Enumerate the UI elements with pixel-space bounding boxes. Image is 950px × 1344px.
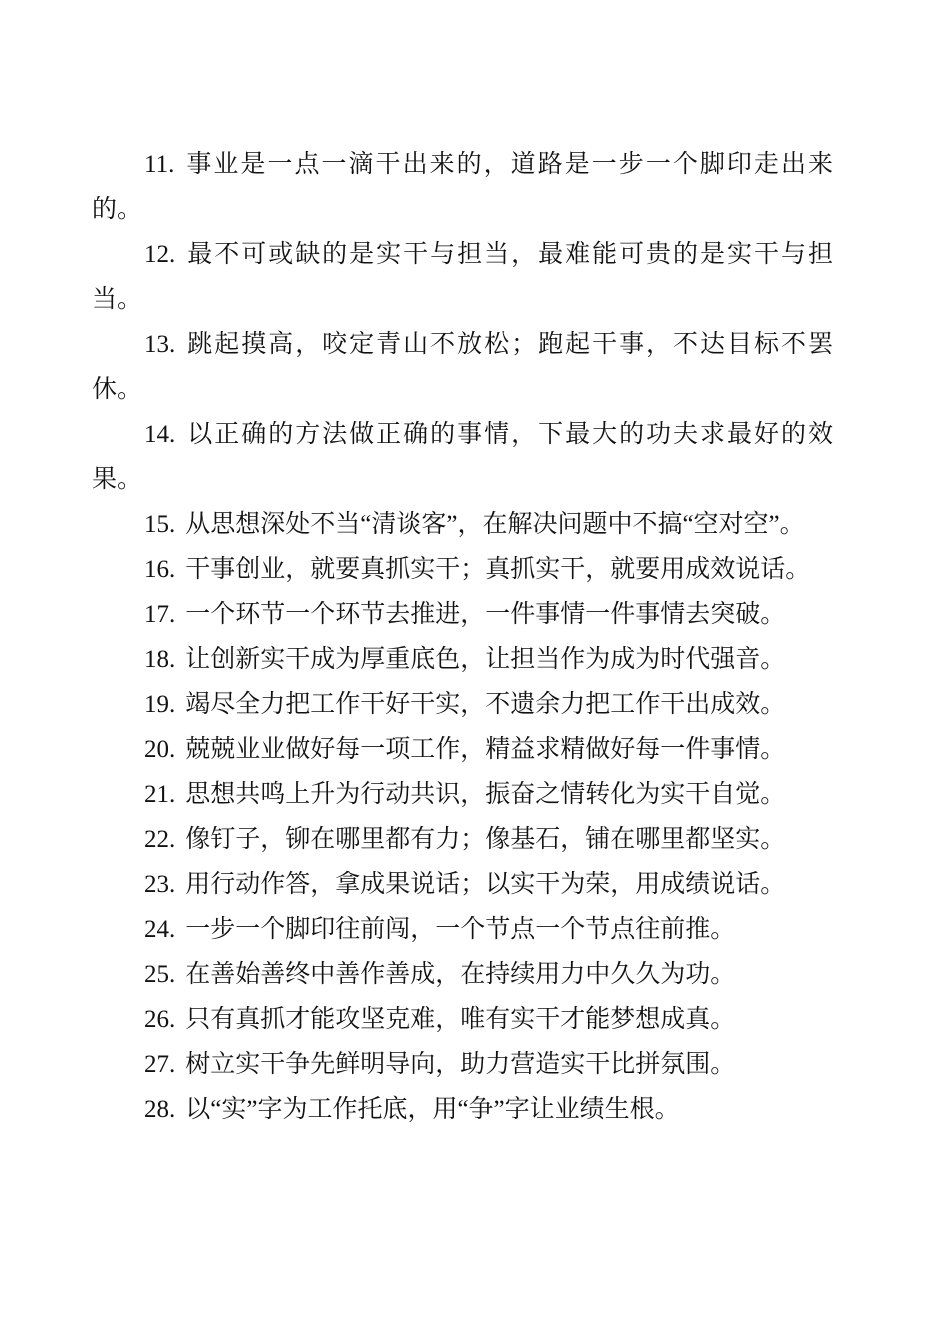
item-number: 17. <box>144 601 175 628</box>
item-number: 16. <box>144 556 175 583</box>
document-page: 11.事业是一点一滴干出来的，道路是一步一个脚印走出来的。 12.最不可或缺的是… <box>0 0 950 1344</box>
item-text: 一步一个脚印往前闯，一个节点一个节点往前推。 <box>185 916 735 943</box>
list-item: 14.以正确的方法做正确的事情，下最大的功夫求最好的效果。 <box>92 412 833 502</box>
list-item: 21.思想共鸣上升为行动共识，振奋之情转化为实干自觉。 <box>92 772 833 817</box>
item-number: 27. <box>144 1051 175 1078</box>
list-item: 18.让创新实干成为厚重底色，让担当作为成为时代强音。 <box>92 637 833 682</box>
item-number: 19. <box>144 691 175 718</box>
item-number: 23. <box>144 871 175 898</box>
list-item: 15.从思想深处不当“清谈客”，在解决问题中不搞“空对空”。 <box>92 502 833 547</box>
item-text: 在善始善终中善作善成，在持续用力中久久为功。 <box>185 961 735 988</box>
quote-list: 11.事业是一点一滴干出来的，道路是一步一个脚印走出来的。 12.最不可或缺的是… <box>92 142 833 1132</box>
item-text: 树立实干争先鲜明导向，助力营造实干比拼氛围。 <box>185 1051 735 1078</box>
item-number: 12. <box>144 241 175 268</box>
list-item: 16.干事创业，就要真抓实干；真抓实干，就要用成效说话。 <box>92 547 833 592</box>
item-number: 21. <box>144 781 175 808</box>
list-item: 20.兢兢业业做好每一项工作，精益求精做好每一件事情。 <box>92 727 833 772</box>
list-item: 13.跳起摸高，咬定青山不放松；跑起干事，不达目标不罢休。 <box>92 322 833 412</box>
list-item: 22.像钉子，铆在哪里都有力；像基石，铺在哪里都坚实。 <box>92 817 833 862</box>
list-item: 11.事业是一点一滴干出来的，道路是一步一个脚印走出来的。 <box>92 142 833 232</box>
item-number: 13. <box>144 331 175 358</box>
item-text: 干事创业，就要真抓实干；真抓实干，就要用成效说话。 <box>185 556 810 583</box>
item-number: 20. <box>144 736 175 763</box>
list-item: 17.一个环节一个环节去推进，一件事情一件事情去突破。 <box>92 592 833 637</box>
item-number: 28. <box>144 1096 175 1123</box>
list-item: 26.只有真抓才能攻坚克难，唯有实干才能梦想成真。 <box>92 997 833 1042</box>
list-item: 12.最不可或缺的是实干与担当，最难能可贵的是实干与担当。 <box>92 232 833 322</box>
item-number: 11. <box>144 151 174 178</box>
item-text: 竭尽全力把工作干好干实，不遗余力把工作干出成效。 <box>185 691 785 718</box>
item-number: 24. <box>144 916 175 943</box>
item-number: 14. <box>144 421 175 448</box>
item-text: 思想共鸣上升为行动共识，振奋之情转化为实干自觉。 <box>185 781 785 808</box>
item-number: 15. <box>144 511 175 538</box>
item-text: 像钉子，铆在哪里都有力；像基石，铺在哪里都坚实。 <box>185 826 785 853</box>
item-number: 26. <box>144 1006 175 1033</box>
item-text: 只有真抓才能攻坚克难，唯有实干才能梦想成真。 <box>185 1006 735 1033</box>
list-item: 25.在善始善终中善作善成，在持续用力中久久为功。 <box>92 952 833 997</box>
item-text: 从思想深处不当“清谈客”，在解决问题中不搞“空对空”。 <box>185 511 804 538</box>
item-text: 事业是一点一滴干出来的，道路是一步一个脚印走出来的。 <box>92 151 833 223</box>
item-text: 以正确的方法做正确的事情，下最大的功夫求最好的效果。 <box>92 421 833 493</box>
item-number: 18. <box>144 646 175 673</box>
item-number: 25. <box>144 961 175 988</box>
item-number: 22. <box>144 826 175 853</box>
list-item: 23.用行动作答，拿成果说话；以实干为荣，用成绩说话。 <box>92 862 833 907</box>
item-text: 一个环节一个环节去推进，一件事情一件事情去突破。 <box>185 601 785 628</box>
list-item: 24.一步一个脚印往前闯，一个节点一个节点往前推。 <box>92 907 833 952</box>
item-text: 让创新实干成为厚重底色，让担当作为成为时代强音。 <box>185 646 785 673</box>
list-item: 28.以“实”字为工作托底，用“争”字让业绩生根。 <box>92 1087 833 1132</box>
list-item: 27.树立实干争先鲜明导向，助力营造实干比拼氛围。 <box>92 1042 833 1087</box>
item-text: 以“实”字为工作托底，用“争”字让业绩生根。 <box>185 1096 679 1123</box>
list-item: 19.竭尽全力把工作干好干实，不遗余力把工作干出成效。 <box>92 682 833 727</box>
item-text: 跳起摸高，咬定青山不放松；跑起干事，不达目标不罢休。 <box>92 331 833 403</box>
item-text: 兢兢业业做好每一项工作，精益求精做好每一件事情。 <box>185 736 785 763</box>
item-text: 最不可或缺的是实干与担当，最难能可贵的是实干与担当。 <box>92 241 833 313</box>
item-text: 用行动作答，拿成果说话；以实干为荣，用成绩说话。 <box>185 871 785 898</box>
